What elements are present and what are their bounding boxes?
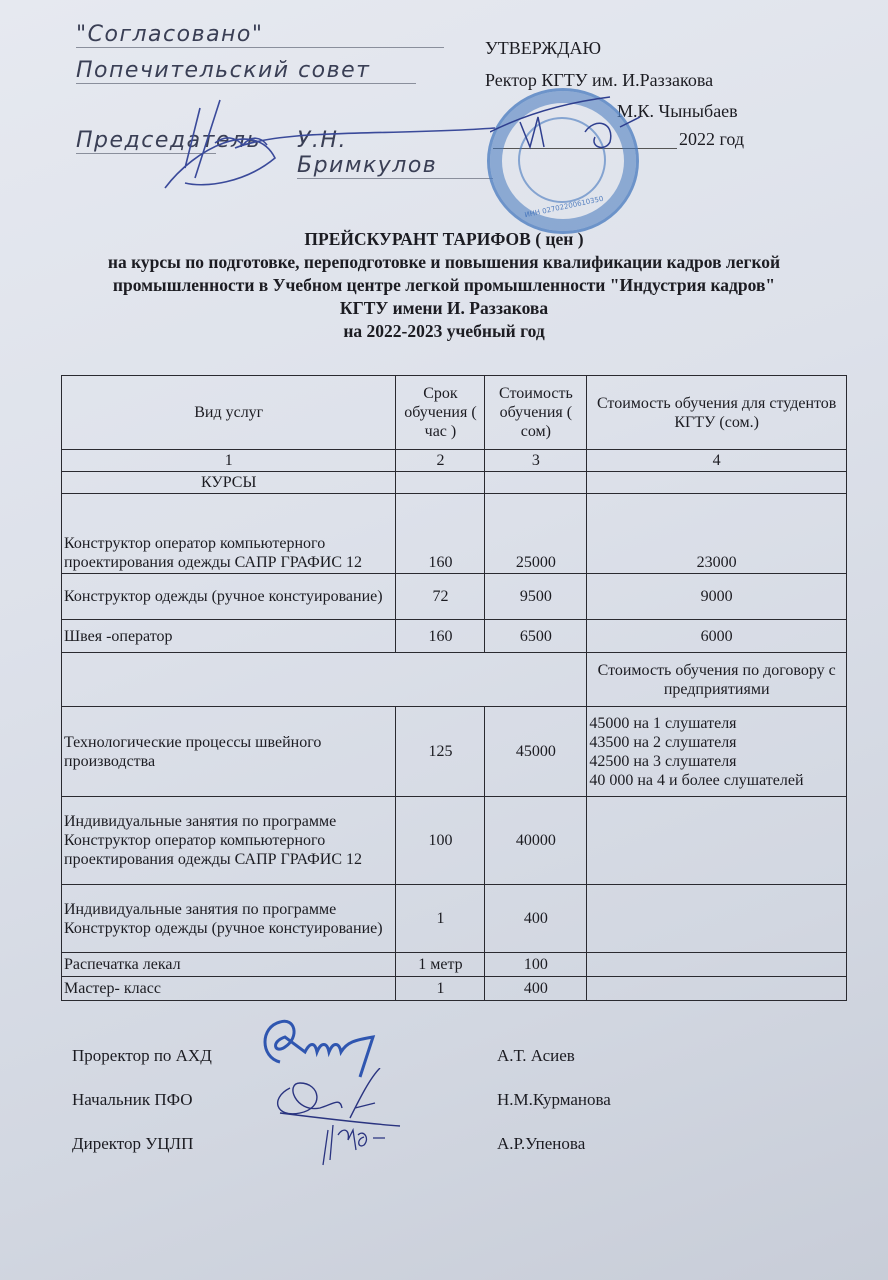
student-cost-cell: 23000 — [587, 494, 847, 574]
empty-cell — [587, 472, 847, 494]
duration-cell: 1 — [396, 977, 485, 1001]
cost-cell: 40000 — [485, 797, 587, 885]
contract-price-line: 45000 на 1 слушателя — [589, 714, 844, 733]
cost-cell: 25000 — [485, 494, 587, 574]
signatory-position: Проректор по АХД — [72, 1046, 212, 1066]
signatory-position: Директор УЦЛП — [72, 1134, 193, 1154]
column-number: 1 — [62, 450, 396, 472]
section-label: КУРСЫ — [62, 472, 396, 494]
empty-cell — [587, 885, 847, 953]
empty-cell — [587, 977, 847, 1001]
table-row: Швея -оператор 160 6500 6000 — [62, 620, 847, 653]
duration-cell: 160 — [396, 494, 485, 574]
signatory-name: А.Т. Асиев — [497, 1046, 575, 1066]
contract-header-row: Стоимость обучения по договору с предпри… — [62, 653, 847, 707]
contract-prices-cell: 45000 на 1 слушателя 43500 на 2 слушател… — [587, 707, 847, 797]
duration-cell: 1 метр — [396, 953, 485, 977]
title-line-3: промышленности в Учебном центре легкой п… — [0, 274, 888, 297]
board-handwritten: Попечительский совет — [76, 58, 416, 84]
column-number-row: 1 2 3 4 — [62, 450, 847, 472]
duration-cell: 72 — [396, 574, 485, 620]
table-header-row: Вид услуг Срок обучения ( час ) Стоимост… — [62, 376, 847, 450]
table-row: Технологические процессы швейного произв… — [62, 707, 847, 797]
tariff-table: Вид услуг Срок обучения ( час ) Стоимост… — [61, 375, 847, 1001]
title-line-4: КГТУ имени И. Раззакова — [0, 297, 888, 320]
cost-cell: 6500 — [485, 620, 587, 653]
header-service: Вид услуг — [62, 376, 396, 450]
column-number: 4 — [587, 450, 847, 472]
section-row-courses: КУРСЫ — [62, 472, 847, 494]
empty-cell — [62, 653, 587, 707]
agreed-handwritten: "Согласовано" — [76, 22, 444, 48]
empty-cell — [587, 953, 847, 977]
table-row: Мастер- класс 1 400 — [62, 977, 847, 1001]
column-number: 2 — [396, 450, 485, 472]
empty-cell — [485, 472, 587, 494]
contract-header: Стоимость обучения по договору с предпри… — [587, 653, 847, 707]
signatory-position: Начальник ПФО — [72, 1090, 193, 1110]
service-cell: Технологические процессы швейного произв… — [62, 707, 396, 797]
duration-cell: 100 — [396, 797, 485, 885]
table-row: Индивидуальные занятия по программе Конс… — [62, 885, 847, 953]
table-row: Индивидуальные занятия по программе Конс… — [62, 797, 847, 885]
header-student-cost: Стоимость обучения для студентов КГТУ (с… — [587, 376, 847, 450]
student-cost-cell: 6000 — [587, 620, 847, 653]
approve-label: УТВЕРЖДАЮ — [485, 38, 601, 59]
service-cell: Распечатка лекал — [62, 953, 396, 977]
contract-price-line: 40 000 на 4 и более слушателей — [589, 771, 844, 790]
title-line-5: на 2022-2023 учебный год — [0, 320, 888, 343]
service-cell: Индивидуальные занятия по программе Конс… — [62, 885, 396, 953]
table-row: Конструктор одежды (ручное констуировани… — [62, 574, 847, 620]
rector-signature — [490, 92, 660, 162]
service-cell: Конструктор одежды (ручное констуировани… — [62, 574, 396, 620]
cost-cell: 45000 — [485, 707, 587, 797]
duration-cell: 125 — [396, 707, 485, 797]
contract-price-line: 42500 на 3 слушателя — [589, 752, 844, 771]
service-cell: Конструктор оператор компьютерного проек… — [62, 494, 396, 574]
service-cell: Швея -оператор — [62, 620, 396, 653]
student-cost-cell: 9000 — [587, 574, 847, 620]
empty-cell — [587, 797, 847, 885]
column-number: 3 — [485, 450, 587, 472]
header-duration: Срок обучения ( час ) — [396, 376, 485, 450]
rector-label: Ректор КГТУ им. И.Раззакова — [485, 70, 713, 91]
title-line-1: ПРЕЙСКУРАНТ ТАРИФОВ ( цен ) — [0, 228, 888, 251]
table-row: Распечатка лекал 1 метр 100 — [62, 953, 847, 977]
cost-cell: 400 — [485, 885, 587, 953]
empty-cell — [396, 472, 485, 494]
document-title: ПРЕЙСКУРАНТ ТАРИФОВ ( цен ) на курсы по … — [0, 228, 888, 343]
signatory-name: А.Р.Упенова — [497, 1134, 585, 1154]
contract-price-line: 43500 на 2 слушателя — [589, 733, 844, 752]
cost-cell: 9500 — [485, 574, 587, 620]
table-row: Конструктор оператор компьютерного проек… — [62, 494, 847, 574]
cost-cell: 400 — [485, 977, 587, 1001]
cost-cell: 100 — [485, 953, 587, 977]
title-line-2: на курсы по подготовке, переподготовке и… — [0, 251, 888, 274]
price-list-document: "Согласовано" Попечительский совет Предс… — [0, 0, 888, 1280]
duration-cell: 1 — [396, 885, 485, 953]
header-cost: Стоимость обучения ( сом) — [485, 376, 587, 450]
signatory-name: Н.М.Курманова — [497, 1090, 611, 1110]
service-cell: Индивидуальные занятия по программе Конс… — [62, 797, 396, 885]
service-cell: Мастер- класс — [62, 977, 396, 1001]
year-label: 2022 год — [679, 129, 744, 150]
director-signature — [318, 1120, 398, 1170]
duration-cell: 160 — [396, 620, 485, 653]
chairman-signature — [125, 88, 505, 198]
